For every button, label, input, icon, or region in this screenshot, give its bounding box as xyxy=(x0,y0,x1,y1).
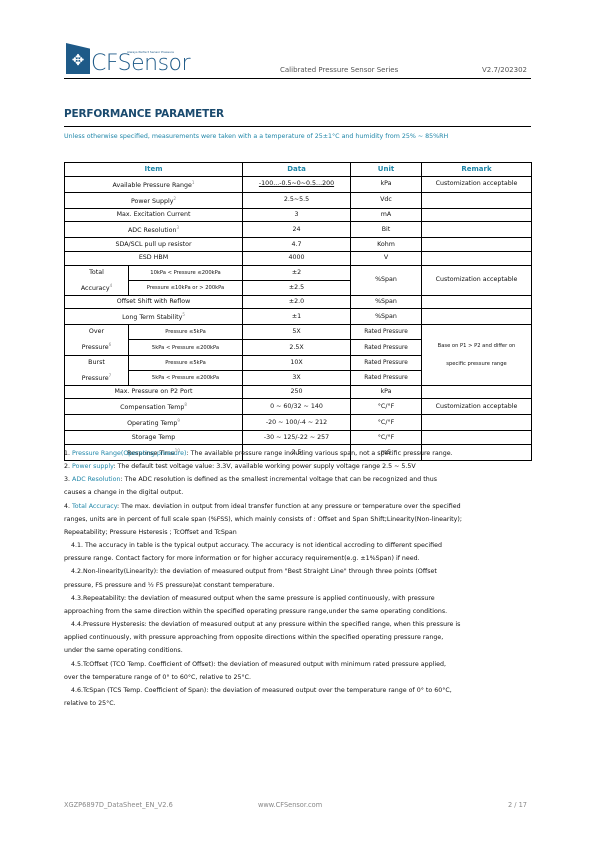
row-data: 3 xyxy=(243,208,351,222)
table-header-row: Item Data Unit Remark xyxy=(65,163,532,177)
row-item: Max. Excitation Current xyxy=(65,208,243,222)
row-remark: Base on P1 > P2 and differ on xyxy=(438,343,516,349)
row-unit: %Span xyxy=(351,265,422,295)
row-remark xyxy=(422,238,532,252)
row-data: 4.7 xyxy=(243,238,351,252)
four-arrows-icon: ✥ xyxy=(70,52,86,68)
row-data: ±2.5 xyxy=(243,280,351,295)
header-divider xyxy=(64,78,531,79)
table-row: Operating Temp9 -20 ~ 100/-4 ~ 212 °C/°F xyxy=(65,415,532,431)
row-unit: Rated Pressure xyxy=(351,355,422,370)
row-item: SDA/SCL pull up resistor xyxy=(65,238,243,252)
footnotes: 1. Pressure Range(Operating pressure): T… xyxy=(64,447,534,710)
footer-doc-name: XGZP6897D_DataSheet_EN_V2.6 xyxy=(64,801,173,809)
row-data: -30 ~ 125/-22 ~ 257 xyxy=(243,431,351,445)
row-data: 10X xyxy=(243,355,351,370)
row-data: 0 ~ 60/32 ~ 140 xyxy=(243,399,351,415)
row-unit: Vdc xyxy=(351,192,422,208)
row-item: Max. Pressure on P2 Port xyxy=(65,385,243,399)
row-remark xyxy=(422,252,532,266)
note-3: 3. ADC Resolution: The ADC resolution is… xyxy=(64,473,534,486)
table-row: ESD HBM 4000 V xyxy=(65,252,532,266)
table-row: SDA/SCL pull up resistor 4.7 Kohm xyxy=(65,238,532,252)
row-data: 5X xyxy=(243,325,351,340)
row-remark: Customization acceptable xyxy=(422,176,532,192)
row-remark xyxy=(422,385,532,399)
logo-text: CFSensor xyxy=(91,52,190,76)
row-remark: Customization acceptable xyxy=(422,265,532,295)
logo-tagline: Always Perfect Sensor Pressure xyxy=(127,50,174,54)
row-remark xyxy=(422,208,532,222)
row-remark xyxy=(422,415,532,431)
row-subcondition: 5kPa < Pressure ≤200kPa xyxy=(129,340,243,355)
row-item: ESD HBM xyxy=(65,252,243,266)
note-4-4: 4.4.Pressure Hysteresis: the deviation o… xyxy=(64,618,534,631)
table-row: Power Supply2 2.5~5.5 Vdc xyxy=(65,192,532,208)
row-remark: Customization acceptable xyxy=(422,399,532,415)
note-4: 4. Total Accuracy: The max. deviation in… xyxy=(64,500,534,513)
row-remark xyxy=(422,192,532,208)
table-row: Storage Temp -30 ~ 125/-22 ~ 257 °C/°F xyxy=(65,431,532,445)
row-data: 3X xyxy=(243,370,351,385)
note-4-5: 4.5.TcOffset (TCO Temp. Coefficient of O… xyxy=(64,658,534,671)
header-item: Item xyxy=(65,163,243,177)
row-unit: Kohm xyxy=(351,238,422,252)
row-data: -20 ~ 100/-4 ~ 212 xyxy=(243,415,351,431)
row-item: Operating Temp xyxy=(127,420,177,427)
row-unit: kPa xyxy=(351,176,422,192)
table-row: TotalAccuracy4 10kPa < Pressure ≤200kPa … xyxy=(65,265,532,280)
row-data: -100...-0.5~0~0.5...200 xyxy=(259,180,334,187)
table-row: Max. Pressure on P2 Port 250 kPa xyxy=(65,385,532,399)
cfsensor-logo: ✥ CFSensor Always Perfect Sensor Pressur… xyxy=(66,43,176,77)
row-item: ADC Resolution xyxy=(128,227,176,234)
header-unit: Unit xyxy=(351,163,422,177)
row-unit: mA xyxy=(351,208,422,222)
table-row: Available Pressure Range1 -100...-0.5~0~… xyxy=(65,176,532,192)
row-unit: Rated Pressure xyxy=(351,370,422,385)
header-data: Data xyxy=(243,163,351,177)
row-item: Power Supply xyxy=(131,198,174,205)
row-remark xyxy=(422,222,532,238)
row-data: ±2.0 xyxy=(243,295,351,309)
row-unit: %Span xyxy=(351,309,422,325)
row-data: 4000 xyxy=(243,252,351,266)
note-4-2: 4.2.Non-linearity(Linearity): the deviat… xyxy=(64,565,534,578)
table-row: ADC Resolution3 24 Bit xyxy=(65,222,532,238)
row-remark xyxy=(422,309,532,325)
row-data: 24 xyxy=(243,222,351,238)
document-version: V2.7/202302 xyxy=(482,66,527,74)
row-subcondition: Pressure ≤10kPa or > 200kPa xyxy=(129,280,243,295)
row-unit: Rated Pressure xyxy=(351,325,422,340)
footer-website[interactable]: www.CFSensor.com xyxy=(258,801,322,809)
row-item: Total xyxy=(89,269,104,276)
row-unit: Bit xyxy=(351,222,422,238)
row-subcondition: Pressure ≤5kPa xyxy=(129,325,243,340)
table-row: Max. Excitation Current 3 mA xyxy=(65,208,532,222)
row-item: Burst xyxy=(88,359,105,366)
table-row: Offset Shift with Reflow ±2.0 %Span xyxy=(65,295,532,309)
row-remark xyxy=(422,431,532,445)
section-title: PERFORMANCE PARAMETER xyxy=(64,108,224,120)
note-4-6: 4.6.TcSpan (TCS Temp. Coefficient of Spa… xyxy=(64,684,534,697)
title-divider xyxy=(64,126,531,127)
table-row: OverPressure6 Pressure ≤5kPa 5X Rated Pr… xyxy=(65,325,532,340)
row-subcondition: Pressure ≤5kPa xyxy=(129,355,243,370)
row-unit: Rated Pressure xyxy=(351,340,422,355)
row-unit: kPa xyxy=(351,385,422,399)
note-1: 1. Pressure Range(Operating pressure): T… xyxy=(64,447,534,460)
row-remark xyxy=(422,295,532,309)
table-row: Long Term Stability5 ±1 %Span xyxy=(65,309,532,325)
row-unit: °C/°F xyxy=(351,431,422,445)
performance-table: Item Data Unit Remark Available Pressure… xyxy=(64,162,532,461)
row-item: Long Term Stability xyxy=(122,314,182,321)
note-4-1: 4.1. The accuracy in table is the typica… xyxy=(64,539,534,552)
row-unit: °C/°F xyxy=(351,415,422,431)
measurement-conditions: Unless otherwise specified, measurements… xyxy=(64,133,448,140)
row-data: 250 xyxy=(243,385,351,399)
row-item: Available Pressure Range xyxy=(113,182,192,189)
note-4-3: 4.3.Repeatability: the deviation of meas… xyxy=(64,592,534,605)
table-row: Compensation Temp8 0 ~ 60/32 ~ 140 °C/°F… xyxy=(65,399,532,415)
row-data: ±1 xyxy=(243,309,351,325)
row-subcondition: 10kPa < Pressure ≤200kPa xyxy=(129,265,243,280)
row-unit: %Span xyxy=(351,295,422,309)
row-subcondition: 5kPa < Pressure ≤200kPa xyxy=(129,370,243,385)
footer-page-number: 2 / 17 xyxy=(508,801,527,809)
row-unit: °C/°F xyxy=(351,399,422,415)
series-name: Calibrated Pressure Sensor Series xyxy=(280,66,398,74)
row-unit: V xyxy=(351,252,422,266)
header-remark: Remark xyxy=(422,163,532,177)
row-data: ±2 xyxy=(243,265,351,280)
row-data: 2.5~5.5 xyxy=(243,192,351,208)
row-item: Storage Temp xyxy=(65,431,243,445)
row-item: Over xyxy=(89,328,104,335)
note-2: 2. Power supply: The default test voltag… xyxy=(64,460,534,473)
row-data: 2.5X xyxy=(243,340,351,355)
row-item: Offset Shift with Reflow xyxy=(65,295,243,309)
row-item: Compensation Temp xyxy=(120,404,184,411)
